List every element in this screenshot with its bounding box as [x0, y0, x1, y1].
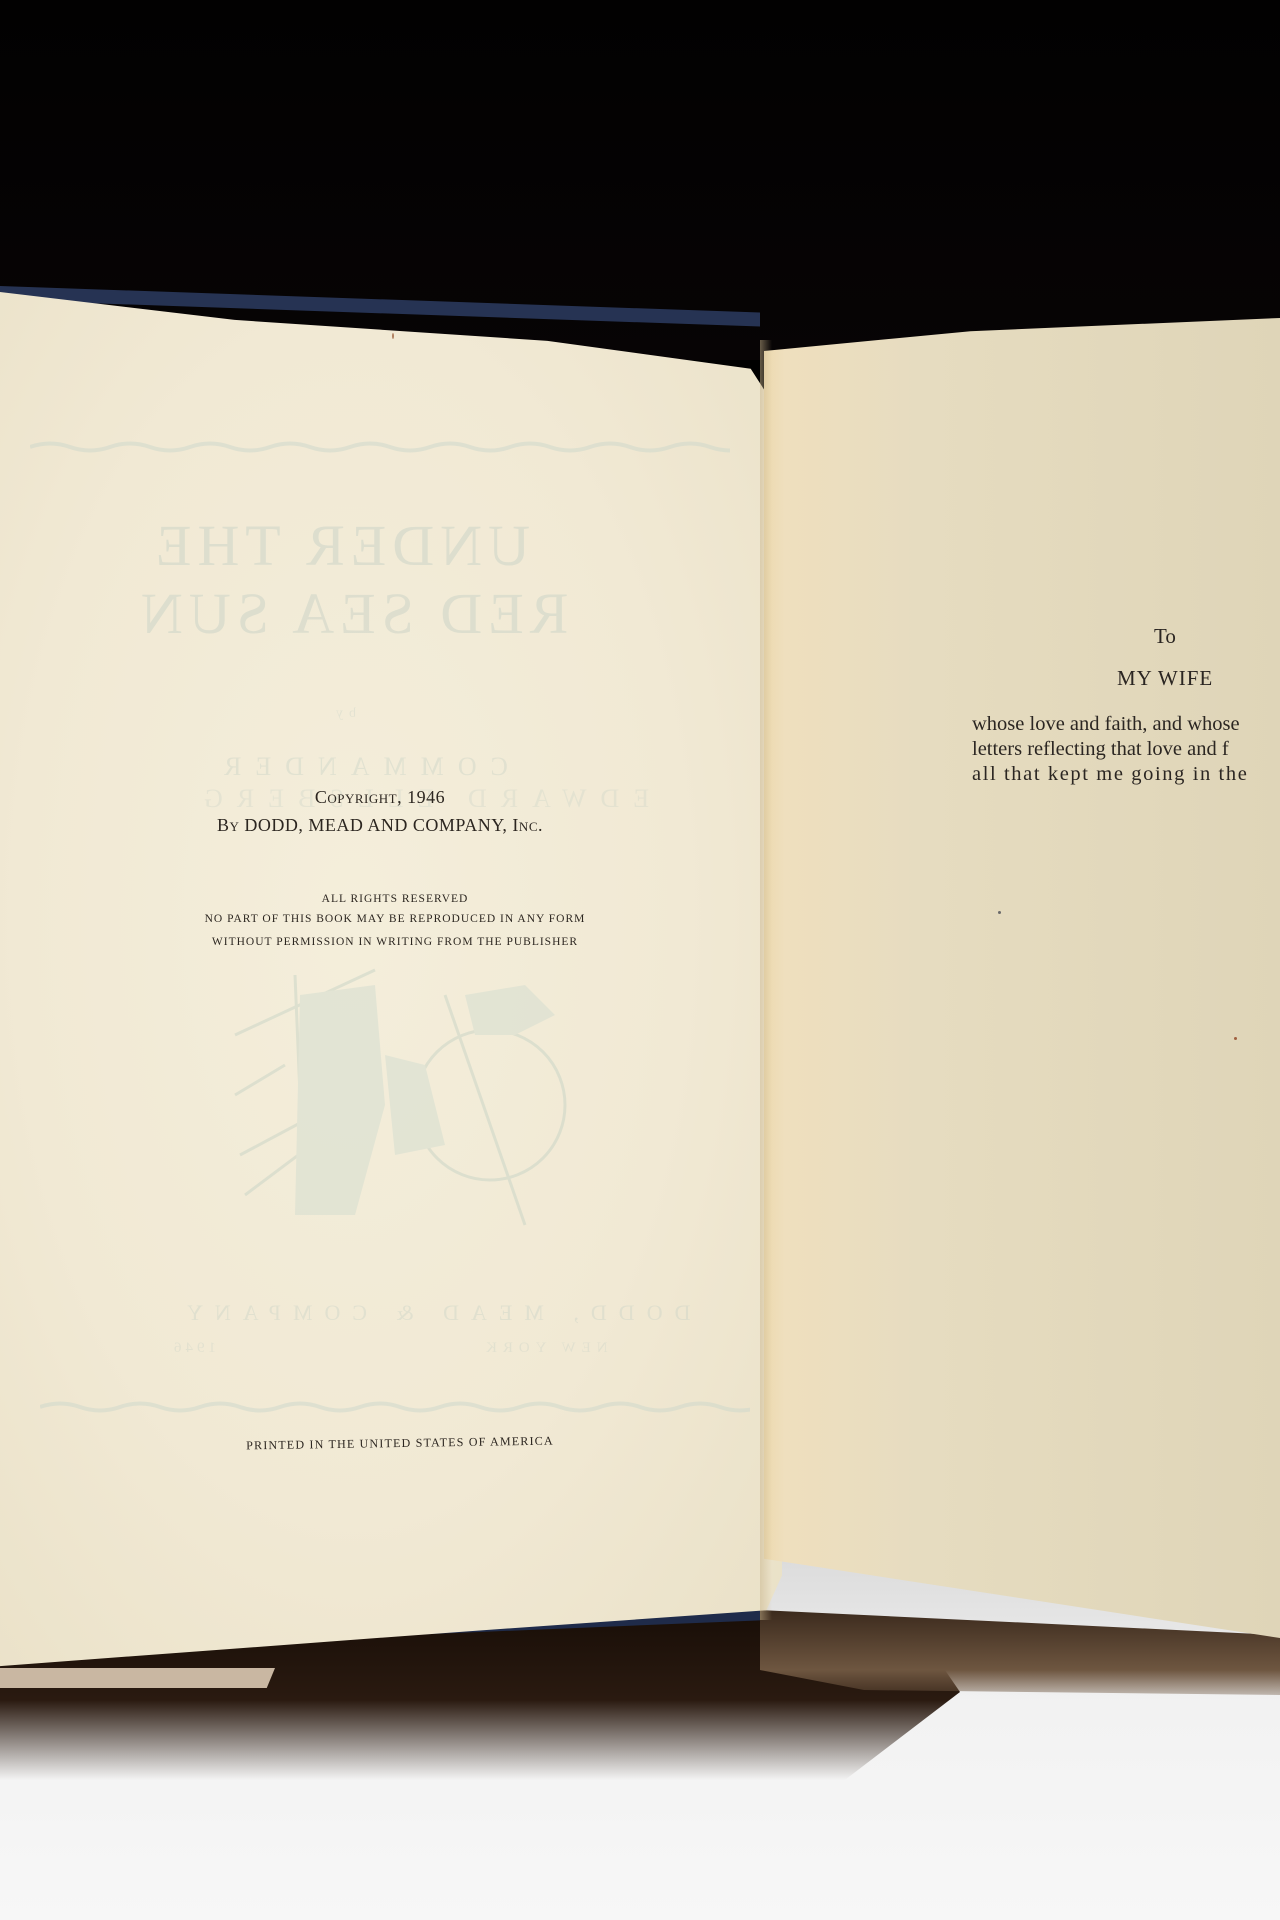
- ghost-title-line-2: RED SEA SUN: [135, 580, 568, 647]
- ghost-byline: by: [330, 706, 356, 722]
- ghost-year: 1946: [170, 1340, 216, 1357]
- ghost-author-rank: COMMANDER: [210, 752, 508, 782]
- permission-notice: WITHOUT PERMISSION IN WRITING FROM THE P…: [135, 936, 655, 948]
- jacket-flap: [0, 1668, 275, 1688]
- dedication-page: [764, 318, 1280, 1638]
- ghost-city: NEW YORK: [480, 1340, 608, 1357]
- paper-speck: [998, 911, 1001, 914]
- reproduction-notice: NO PART OF THIS BOOK MAY BE REPRODUCED I…: [135, 913, 655, 925]
- book-gutter: [760, 340, 772, 1620]
- copyright-notice: Copyright, 1946: [200, 787, 560, 808]
- ghost-publisher: DODD, MEAD & COMPANY: [175, 1300, 690, 1326]
- ghost-wave-rule-top: [30, 440, 730, 450]
- dedication-recipient: MY WIFE: [1117, 666, 1213, 691]
- ghost-title-line-1: UNDER THE: [150, 512, 530, 579]
- publisher-notice: By DODD, MEAD AND COMPANY, Inc.: [160, 815, 600, 836]
- ghost-wave-rule-bottom: [40, 1400, 750, 1410]
- ghost-illustration-icon: [225, 955, 585, 1240]
- paper-speck: [392, 333, 394, 339]
- dedication-to: To: [1154, 624, 1176, 649]
- paper-speck: [1234, 1037, 1237, 1040]
- rights-reserved: ALL RIGHTS RESERVED: [135, 893, 655, 905]
- dedication-line-1: whose love and faith, and whose: [972, 713, 1240, 736]
- dedication-line-2: letters reflecting that love and f: [972, 738, 1229, 761]
- dedication-line-3: all that kept me going in the: [972, 763, 1248, 786]
